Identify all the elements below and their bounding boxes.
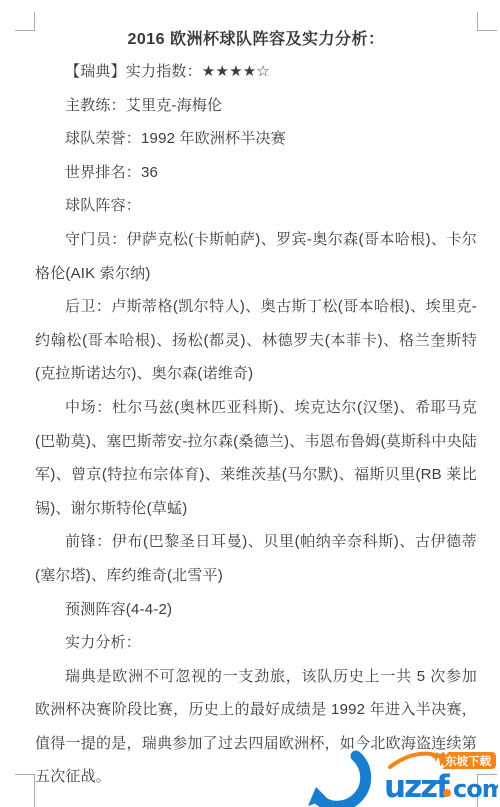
uzzf-watermark-logo: uzzf com 东坡下载	[306, 749, 498, 807]
paragraph-world-ranking: 世界排名：36	[35, 156, 477, 190]
paragraph-goalkeepers: 守门员：伊萨克松(卡斯帕萨)、罗宾-奥尔森(哥本哈根)、卡尔格伦(AIK 索尔纳…	[35, 223, 477, 290]
logo-badge-text: 东坡下载	[445, 754, 491, 768]
logo-swirl-icon	[308, 756, 366, 806]
document-page: 2016 欧洲杯球队阵容及实力分析： 【瑞典】实力指数：★★★★☆ 主教练：艾里…	[0, 0, 500, 807]
crop-mark-top-right	[477, 12, 497, 31]
document-body: 2016 欧洲杯球队阵容及实力分析： 【瑞典】实力指数：★★★★☆ 主教练：艾里…	[35, 25, 477, 794]
crop-mark-top-left	[15, 12, 35, 31]
paragraph-midfielders: 中场：杜尔马兹(奥林匹亚科斯)、埃克达尔(汉堡)、希耶马克(巴勒莫)、塞巴斯蒂安…	[35, 391, 477, 525]
paragraph-team-rating: 【瑞典】实力指数：★★★★☆	[35, 55, 477, 89]
paragraph-squad-heading: 球队阵容：	[35, 189, 477, 223]
crop-mark-bottom-left	[15, 774, 35, 807]
uzzf-logo-svg: uzzf com 东坡下载	[306, 749, 498, 807]
document-title: 2016 欧洲杯球队阵容及实力分析：	[35, 25, 477, 55]
logo-badge: 东坡下载	[431, 750, 496, 770]
paragraph-head-coach: 主教练：艾里克-海梅伦	[35, 89, 477, 123]
paragraph-forwards: 前锋：伊布(巴黎圣日耳曼)、贝里(帕纳辛奈科斯)、古伊德蒂(塞尔塔)、库约维奇(…	[35, 525, 477, 592]
paragraph-predicted-formation: 预测阵容(4-4-2)	[35, 593, 477, 627]
logo-tld-text: com	[453, 775, 498, 803]
paragraph-team-honor: 球队荣誉：1992 年欧洲杯半决赛	[35, 122, 477, 156]
paragraph-analysis-heading: 实力分析：	[35, 626, 477, 660]
paragraph-defenders: 后卫：卢斯蒂格(凯尔特人)、奥古斯丁松(哥本哈根)、埃里克-约翰松(哥本哈根)、…	[35, 290, 477, 391]
logo-site-text: uzzf	[384, 769, 450, 805]
logo-dot	[443, 789, 451, 797]
